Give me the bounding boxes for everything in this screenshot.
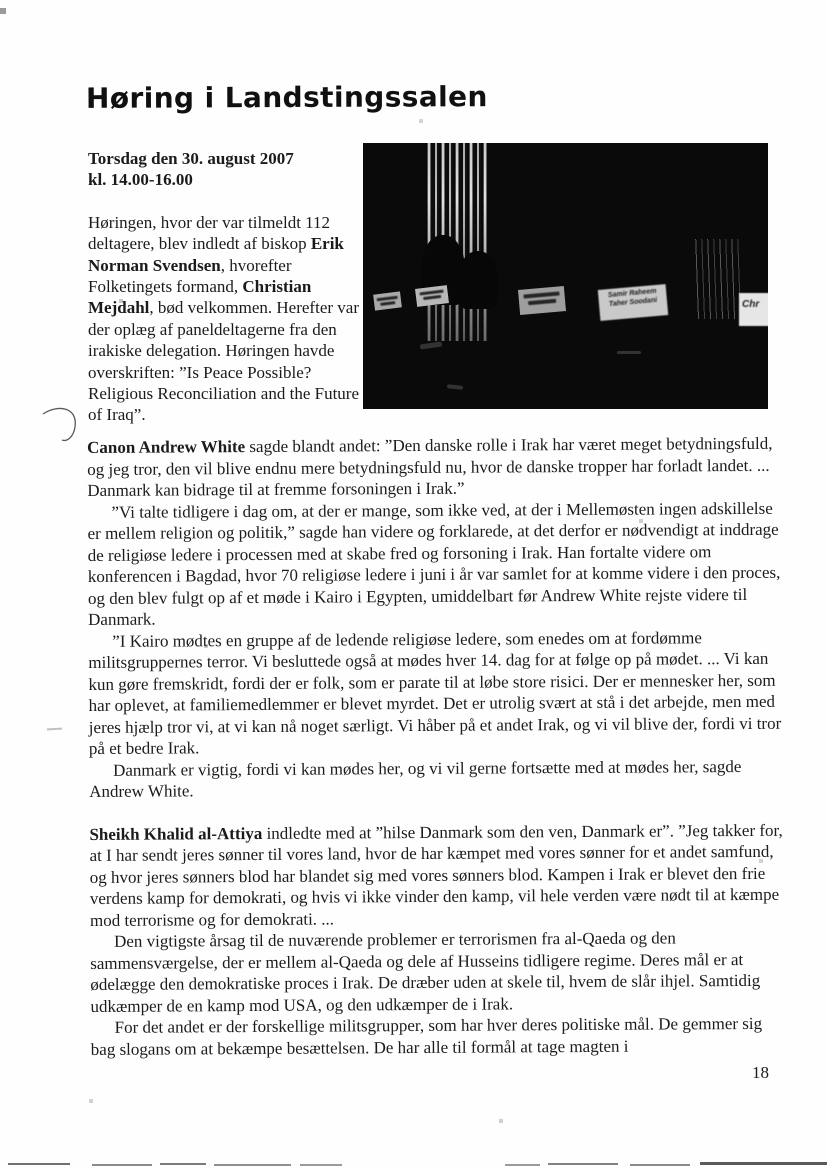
nameplate — [373, 291, 402, 310]
intro-paragraph: Høringen, hvor der var tilmeldt 112 delt… — [88, 212, 368, 426]
scan-noise-speckles — [0, 0, 2, 2]
intro-column: Torsdag den 30. august 2007 kl. 14.00-16… — [88, 148, 368, 426]
scan-artifact — [214, 1164, 291, 1166]
scan-artifact — [300, 1164, 342, 1166]
scan-artifact — [700, 1162, 827, 1165]
nameplate — [415, 285, 449, 307]
paragraph: Danmark er vigtig, fordi vi kan mødes he… — [89, 755, 783, 802]
main-article: Canon Andrew White sagde blandt andet: ”… — [87, 433, 785, 1060]
speaker-name-sheikh-khalid-al-attiya: Sheikh Khalid al-Attiya — [89, 823, 262, 843]
page-title: Høring i Landstingssalen — [86, 80, 488, 115]
date-time-block: Torsdag den 30. august 2007 kl. 14.00-16… — [88, 148, 368, 191]
scan-artifact — [92, 1164, 152, 1166]
pen-hook-mark — [38, 401, 86, 449]
time-line: kl. 14.00-16.00 — [88, 170, 193, 189]
paragraph: ”I Kairo mødtes en gruppe af de ledende … — [88, 626, 783, 759]
scanned-document-page: Høring i Landstingssalen Torsdag den 30.… — [0, 0, 827, 1169]
photo-smudge — [420, 341, 442, 349]
speaker-name-canon-andrew-white: Canon Andrew White — [87, 437, 245, 457]
scan-artifact — [8, 1163, 70, 1165]
paragraph-khalid-al-attiya: Sheikh Khalid al-Attiya indledte med at … — [89, 819, 784, 931]
paragraph: Den vigtigste årsag til de nuværende pro… — [90, 927, 785, 1017]
date-line: Torsdag den 30. august 2007 — [88, 149, 294, 168]
scan-artifact — [548, 1163, 618, 1165]
scan-artifact — [630, 1164, 690, 1166]
paragraph-andrew-white: Canon Andrew White sagde blandt andet: ”… — [87, 433, 781, 502]
photo-smudge — [447, 384, 463, 390]
nameplate-samir-raheem: Samir Raheem Taher Soodani — [598, 284, 668, 321]
paragraph: For det andet er der forskellige militsg… — [91, 1013, 785, 1060]
scan-artifact — [505, 1164, 540, 1166]
silhouette-head — [458, 251, 498, 309]
panel-photo: Samir Raheem Taher Soodani Chr — [363, 143, 768, 409]
photo-smudge — [617, 351, 641, 354]
nameplate-line: Chr — [742, 299, 759, 310]
page-number: 18 — [752, 1063, 769, 1083]
intro-text: Høringen, hvor der var tilmeldt 112 delt… — [88, 213, 330, 253]
scan-artifact — [160, 1163, 206, 1165]
paragraph: ”Vi talte tidligere i dag om, at der er … — [87, 497, 782, 630]
background-texture — [693, 239, 741, 319]
nameplate — [518, 286, 566, 315]
pen-dash-mark — [47, 728, 62, 731]
nameplate-christian: Chr — [739, 293, 768, 326]
